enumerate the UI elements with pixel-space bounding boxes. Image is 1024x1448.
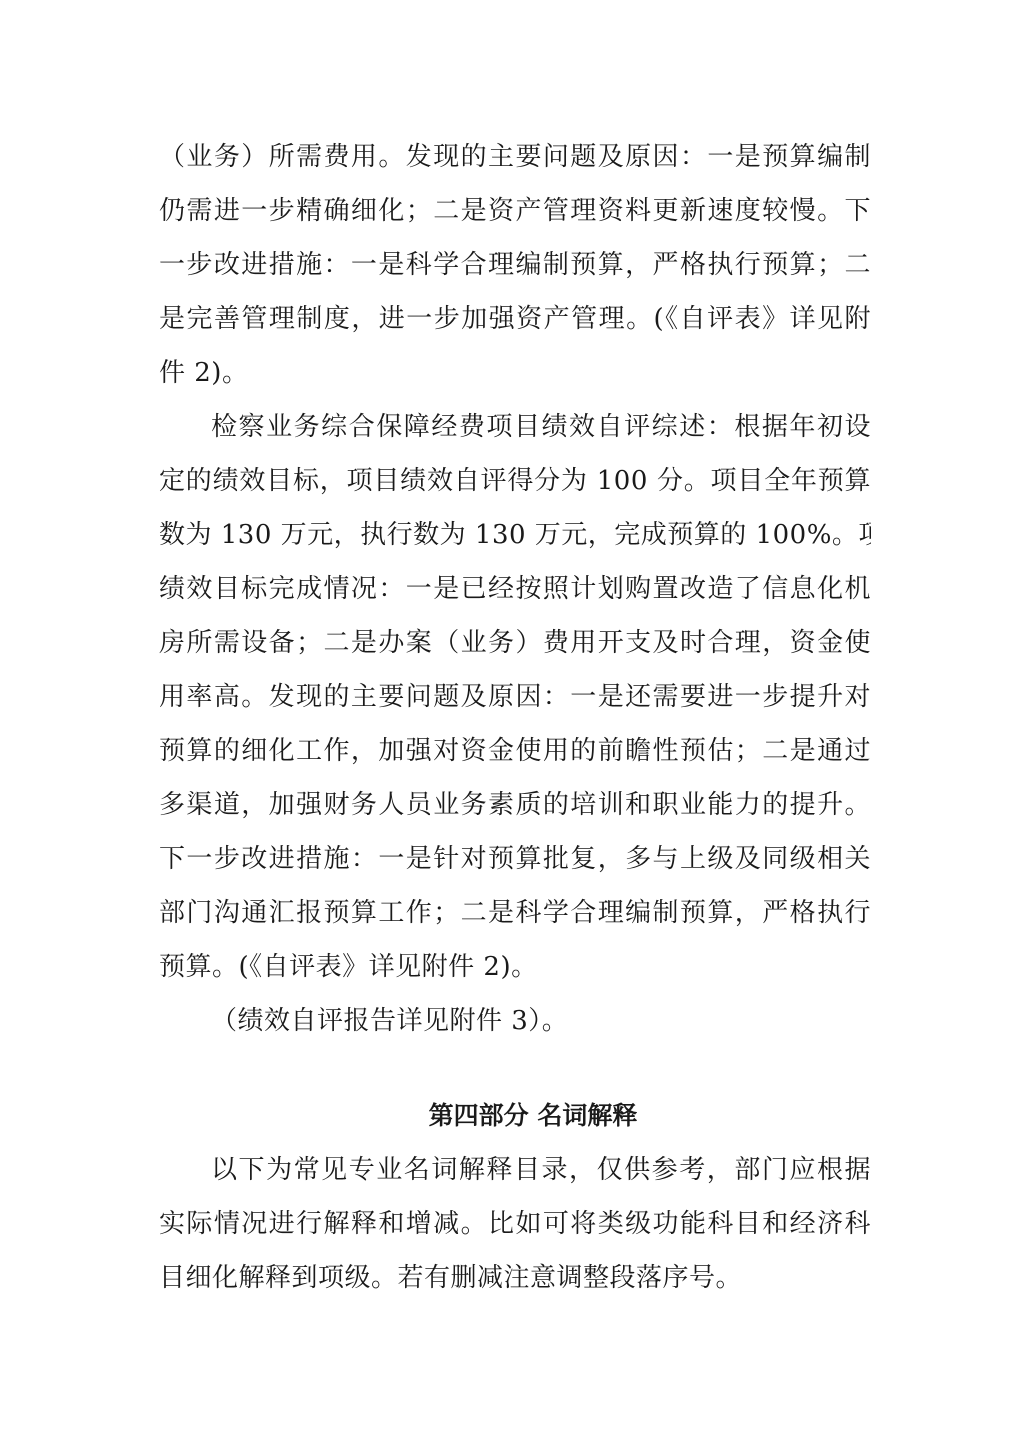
- text-line: 是完善管理制度，进一步加强资产管理。(《自评表》详见附: [159, 292, 871, 346]
- text-line: 检察业务综合保障经费项目绩效自评综述：根据年初设: [159, 400, 871, 454]
- text-line: 件 2)。: [159, 346, 871, 400]
- text-line: 一步改进措施：一是科学合理编制预算，严格执行预算；二: [159, 238, 871, 292]
- document-page: （业务）所需费用。发现的主要问题及原因：一是预算编制 仍需进一步精确细化；二是资…: [159, 130, 871, 1305]
- section-heading: 第四部分 名词解释: [159, 1089, 871, 1143]
- glossary-intro-paragraph: 以下为常见专业名词解释目录，仅供参考，部门应根据 实际情况进行解释和增减。比如可…: [159, 1143, 871, 1305]
- text-line: 预算的细化工作，加强对资金使用的前瞻性预估；二是通过: [159, 724, 871, 778]
- paragraph-procuratorial-support-funding: 检察业务综合保障经费项目绩效自评综述：根据年初设 定的绩效目标，项目绩效自评得分…: [159, 400, 871, 994]
- text-line: 预算。(《自评表》详见附件 2)。: [159, 940, 871, 994]
- attachment-note: （绩效自评报告详见附件 3）。: [159, 994, 871, 1048]
- paragraph-previous-project-continuation: （业务）所需费用。发现的主要问题及原因：一是预算编制 仍需进一步精确细化；二是资…: [159, 130, 871, 400]
- section-spacer: [159, 1048, 871, 1089]
- text-line: 部门沟通汇报预算工作；二是科学合理编制预算，严格执行: [159, 886, 871, 940]
- text-line: 目细化解释到项级。若有删减注意调整段落序号。: [159, 1251, 871, 1305]
- text-line: 绩效目标完成情况：一是已经按照计划购置改造了信息化机: [159, 562, 871, 616]
- text-line: 用率高。发现的主要问题及原因：一是还需要进一步提升对: [159, 670, 871, 724]
- text-line: 仍需进一步精确细化；二是资产管理资料更新速度较慢。下: [159, 184, 871, 238]
- text-line: 实际情况进行解释和增减。比如可将类级功能科目和经济科: [159, 1197, 871, 1251]
- text-line: 定的绩效目标，项目绩效自评得分为 100 分。项目全年预算: [159, 454, 871, 508]
- text-line: 房所需设备；二是办案（业务）费用开支及时合理，资金使: [159, 616, 871, 670]
- text-line: 下一步改进措施：一是针对预算批复，多与上级及同级相关: [159, 832, 871, 886]
- text-line: 数为 130 万元，执行数为 130 万元，完成预算的 100%。项目: [159, 508, 871, 562]
- text-line: （业务）所需费用。发现的主要问题及原因：一是预算编制: [159, 130, 871, 184]
- text-line: 多渠道，加强财务人员业务素质的培训和职业能力的提升。: [159, 778, 871, 832]
- text-line: 以下为常见专业名词解释目录，仅供参考，部门应根据: [159, 1143, 871, 1197]
